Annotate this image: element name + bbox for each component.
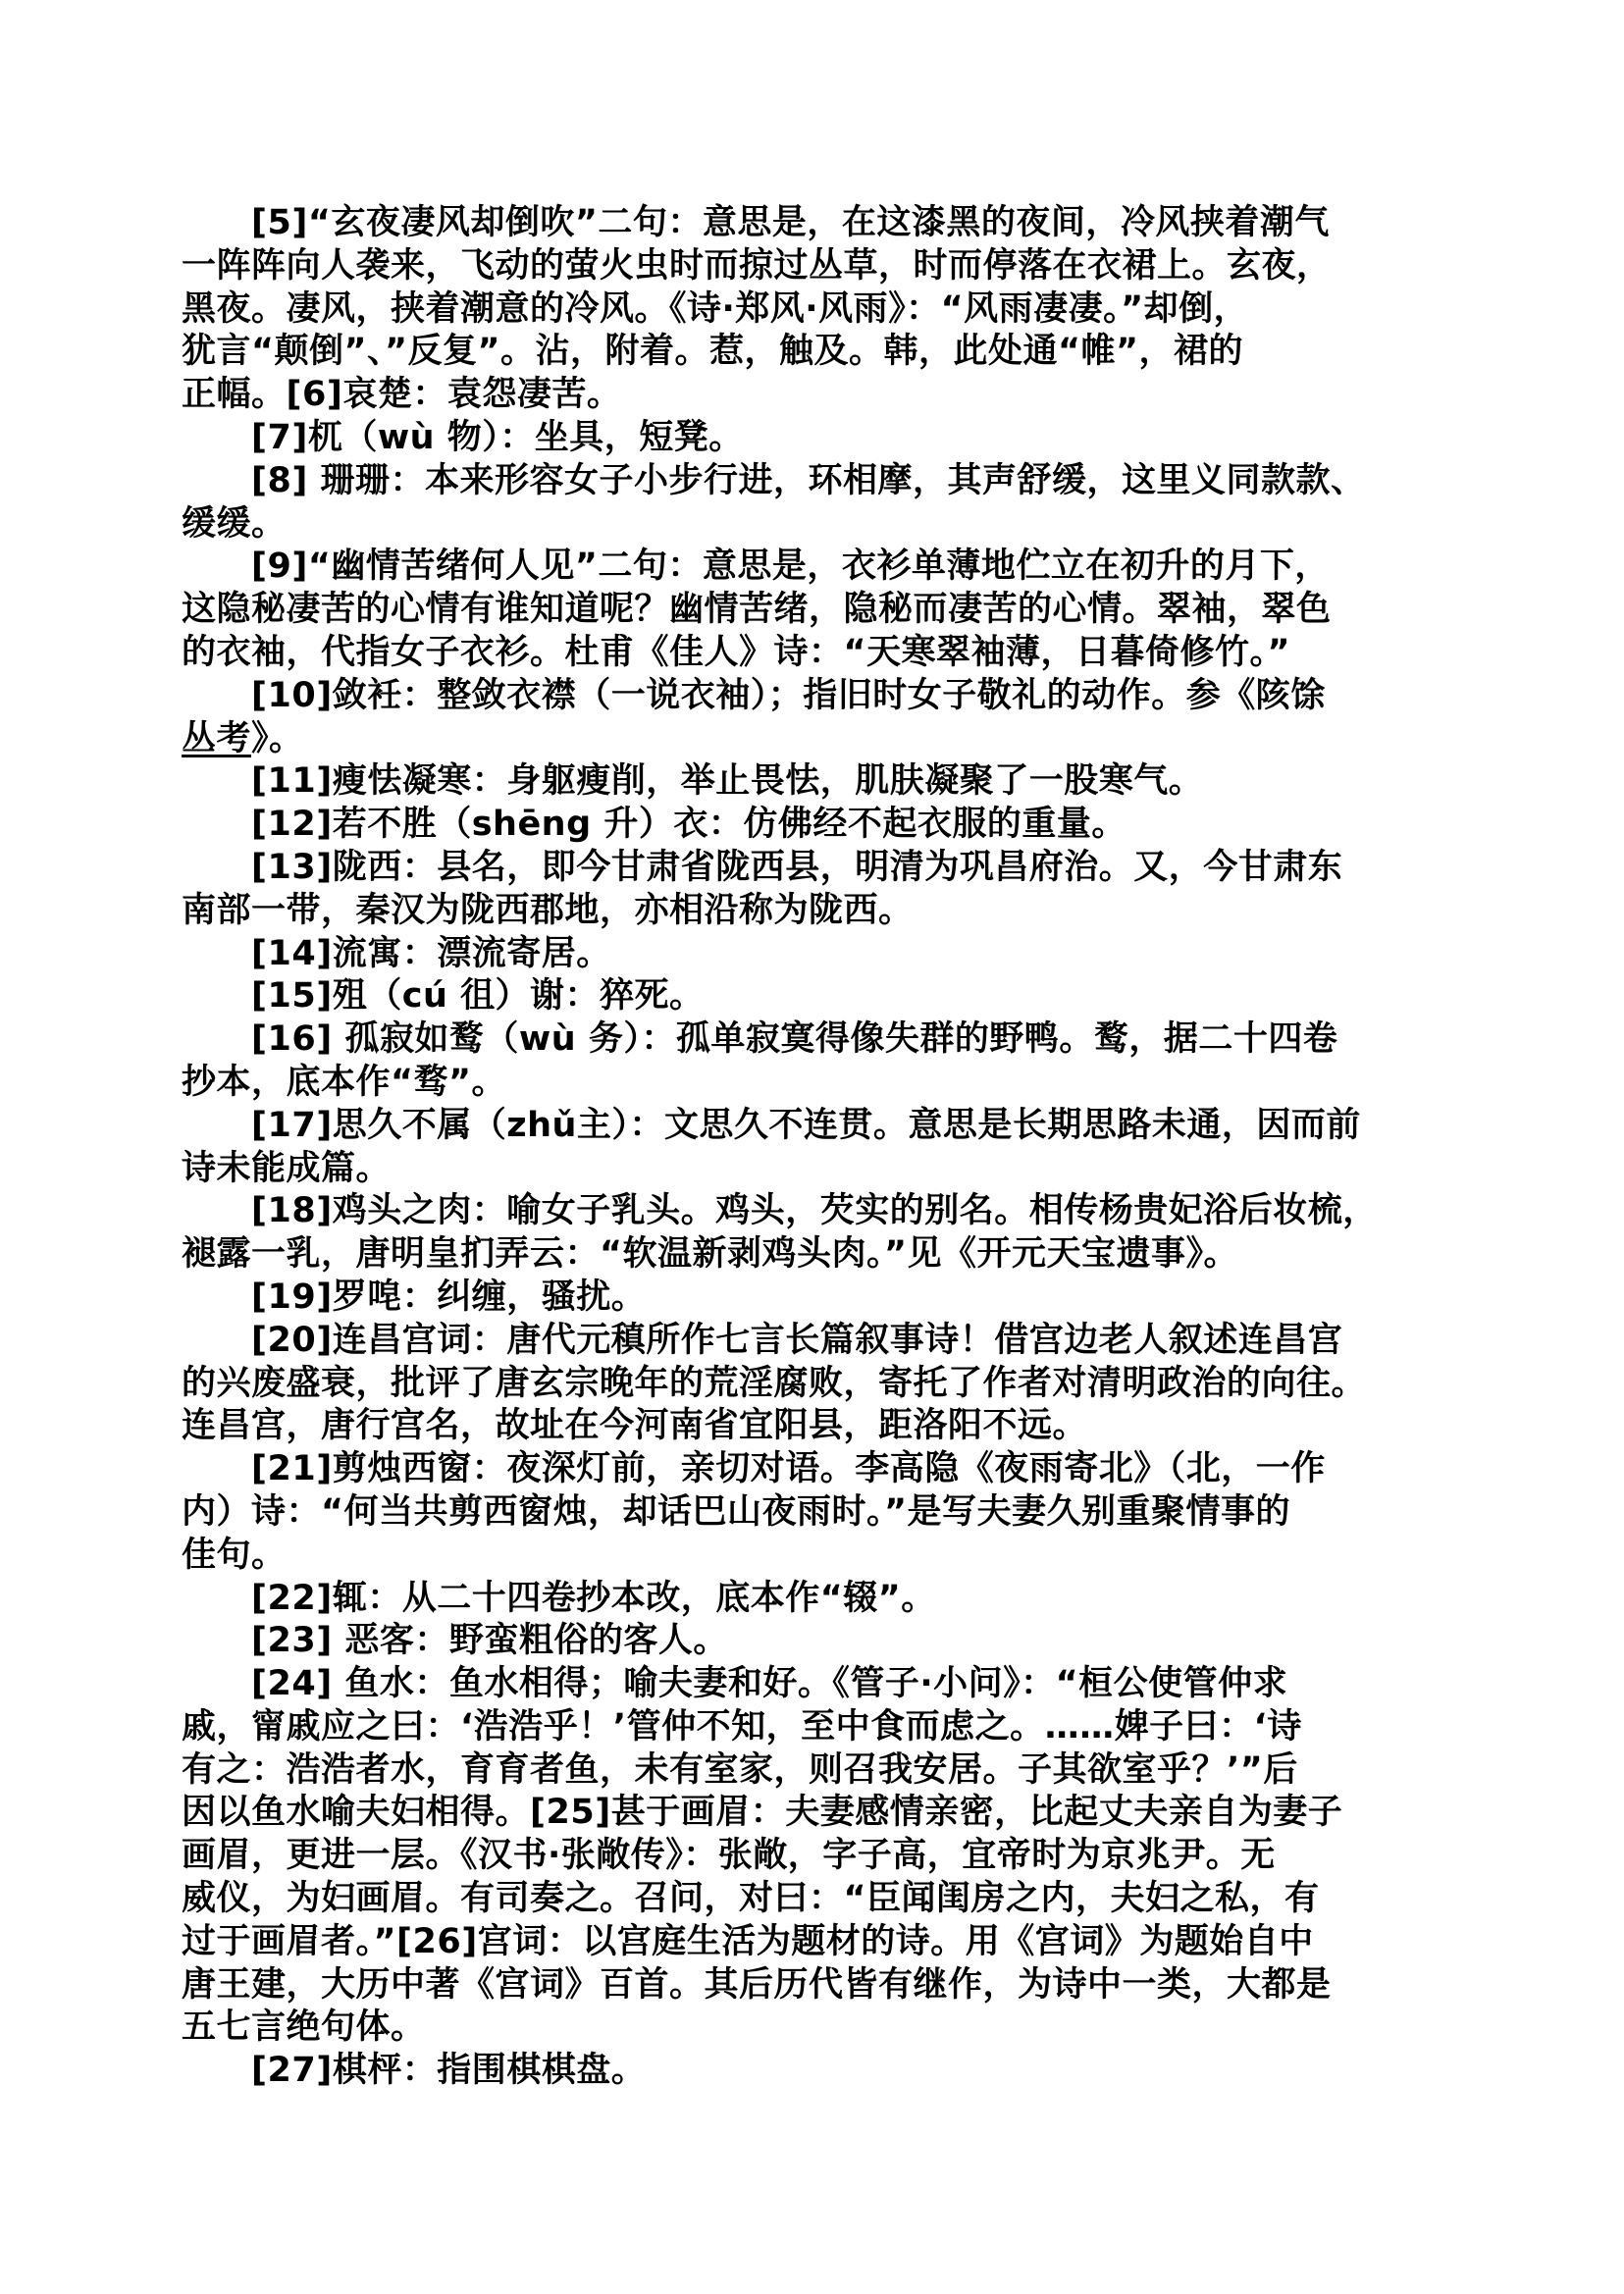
document-page: [5]“玄夜凄风却倒吹”二句：意思是，在这漆黑的夜间，冷风挟着潮气一阵阵向人袭来… — [0, 0, 1624, 2294]
text-line: 佳句。 — [182, 1535, 1449, 1578]
text-line: 南部一带，秦汉为陇西郡地，亦相沿称为陇西。 — [182, 890, 1449, 933]
text-line: 有之：浩浩者水，育育者鱼，未有室家，则召我安居。子其欲室乎？’”后 — [182, 1749, 1449, 1793]
text-line: [27]棋枰：指围棋棋盘。 — [182, 2050, 1449, 2093]
text-line: [15]殂（cú 徂）谢：猝死。 — [182, 975, 1449, 1018]
text-line: [20]连昌宫词：唐代元稹所作七言长篇叙事诗！借宫边老人叙述连昌宫 — [182, 1320, 1449, 1363]
text-line: 黑夜。凄风，挟着潮意的冷风。《诗·郑风·风雨》：“风雨凄凄。”却倒， — [182, 288, 1449, 332]
text-line: [5]“玄夜凄风却倒吹”二句：意思是，在这漆黑的夜间，冷风挟着潮气 — [182, 202, 1449, 245]
text-line: [16] 孤寂如鹜（wù 务）：孤单寂寞得像失群的野鸭。鹜，据二十四卷 — [182, 1018, 1449, 1062]
text-line: [18]鸡头之肉：喻女子乳头。鸡头，芡实的别名。相传杨贵妃浴后妆梳， — [182, 1190, 1449, 1233]
text-line: 正幅。[6]哀楚：袁怨凄苦。 — [182, 374, 1449, 417]
text-line: [22]辄：从二十四卷抄本改，底本作“辍”。 — [182, 1578, 1449, 1621]
text-line: [17]思久不属（zhǔ主）：文思久不连贯。意思是长期思路未通，因而前 — [182, 1105, 1449, 1148]
text-line: 缓缓。 — [182, 503, 1449, 547]
text-line: 画眉，更进一层。《汉书·张敞传》：张敞，字子高，宜帝时为京兆尹。无 — [182, 1835, 1449, 1878]
text-line: 唐王建，大历中著《宫词》百首。其后历代皆有继作，为诗中一类，大都是 — [182, 1964, 1449, 2007]
text-line: 丛考》。 — [182, 718, 1449, 761]
text-line: [23] 恶客：野蛮粗俗的客人。 — [182, 1620, 1449, 1663]
text-line: [21]剪烛西窗：夜深灯前，亲切对语。李高隐《夜雨寄北》（北，一作 — [182, 1448, 1449, 1491]
text-line: [13]陇西：县名，即今甘肃省陇西县，明清为巩昌府治。又，今甘肃东 — [182, 847, 1449, 890]
text-line: [8] 珊珊：本来形容女子小步行进，环相摩，其声舒缓，这里义同款款、 — [182, 460, 1449, 503]
text-line: 这隐秘凄苦的心情有谁知道呢？幽情苦绪，隐秘而凄苦的心情。翠袖，翠色 — [182, 589, 1449, 632]
text-line: 过于画眉者。”[26]宫词：以宫庭生活为题材的诗。用《宫词》为题始自中 — [182, 1921, 1449, 1964]
text-line: 抄本，底本作“骛”。 — [182, 1062, 1449, 1105]
annotations-text-block: [5]“玄夜凄风却倒吹”二句：意思是，在这漆黑的夜间，冷风挟着潮气一阵阵向人袭来… — [182, 202, 1449, 2093]
text-line: 的衣袖，代指女子衣衫。杜甫《佳人》诗：“天寒翠袖薄，日暮倚修竹。” — [182, 632, 1449, 675]
text-line: 连昌宫，唐行宫名，故址在今河南省宜阳县，距洛阳不远。 — [182, 1405, 1449, 1448]
text-line: 内）诗：“何当共剪西窗烛，却话巴山夜雨时。”是写夫妻久别重聚情事的 — [182, 1491, 1449, 1535]
text-line: [10]敛衽：整敛衣襟（一说衣袖）；指旧时女子敬礼的动作。参《陔馀 — [182, 675, 1449, 718]
text-line: [14]流寓：漂流寄居。 — [182, 933, 1449, 976]
text-line: 五七言绝句体。 — [182, 2007, 1449, 2050]
text-line: [7]杌（wù 物）：坐具，短凳。 — [182, 417, 1449, 460]
text-line: 诗未能成篇。 — [182, 1148, 1449, 1191]
text-line: [11]瘦怯凝寒：身躯瘦削，举止畏怯，肌肤凝聚了一股寒气。 — [182, 760, 1449, 804]
text-line: 的兴废盛衰，批评了唐玄宗晚年的荒淫腐败，寄托了作者对清明政治的向往。 — [182, 1363, 1449, 1406]
text-line: 威仪，为妇画眉。有司奏之。召问，对曰：“臣闻闺房之内，夫妇之私，有 — [182, 1878, 1449, 1921]
text-line: 褪露一乳，唐明皇扪弄云：“软温新剥鸡头肉。”见《开元天宝遗事》。 — [182, 1233, 1449, 1277]
text-line: 戚，甯戚应之曰：‘浩浩乎！’管仲不知，至中食而虑之。……婢子曰：‘诗 — [182, 1706, 1449, 1749]
text-line: [24] 鱼水：鱼水相得；喻夫妻和好。《管子·小问》：“桓公使管仲求 — [182, 1663, 1449, 1706]
text-line: [9]“幽情苦绪何人见”二句：意思是，衣衫单薄地伫立在初升的月下， — [182, 546, 1449, 589]
text-line: 犹言“颠倒”、”反复”。沾，附着。惹，触及。韩，此处通“帷”，裙的 — [182, 331, 1449, 374]
text-line: 因以鱼水喻夫妇相得。[25]甚于画眉：夫妻感情亲密，比起丈夫亲自为妻子 — [182, 1792, 1449, 1835]
text-line: [12]若不胜（shēng 升）衣：仿佛经不起衣服的重量。 — [182, 804, 1449, 847]
text-line: [19]罗唣：纠缠，骚扰。 — [182, 1277, 1449, 1320]
text-line: 一阵阵向人袭来，飞动的萤火虫时而掠过丛草，时而停落在衣裙上。玄夜， — [182, 245, 1449, 288]
